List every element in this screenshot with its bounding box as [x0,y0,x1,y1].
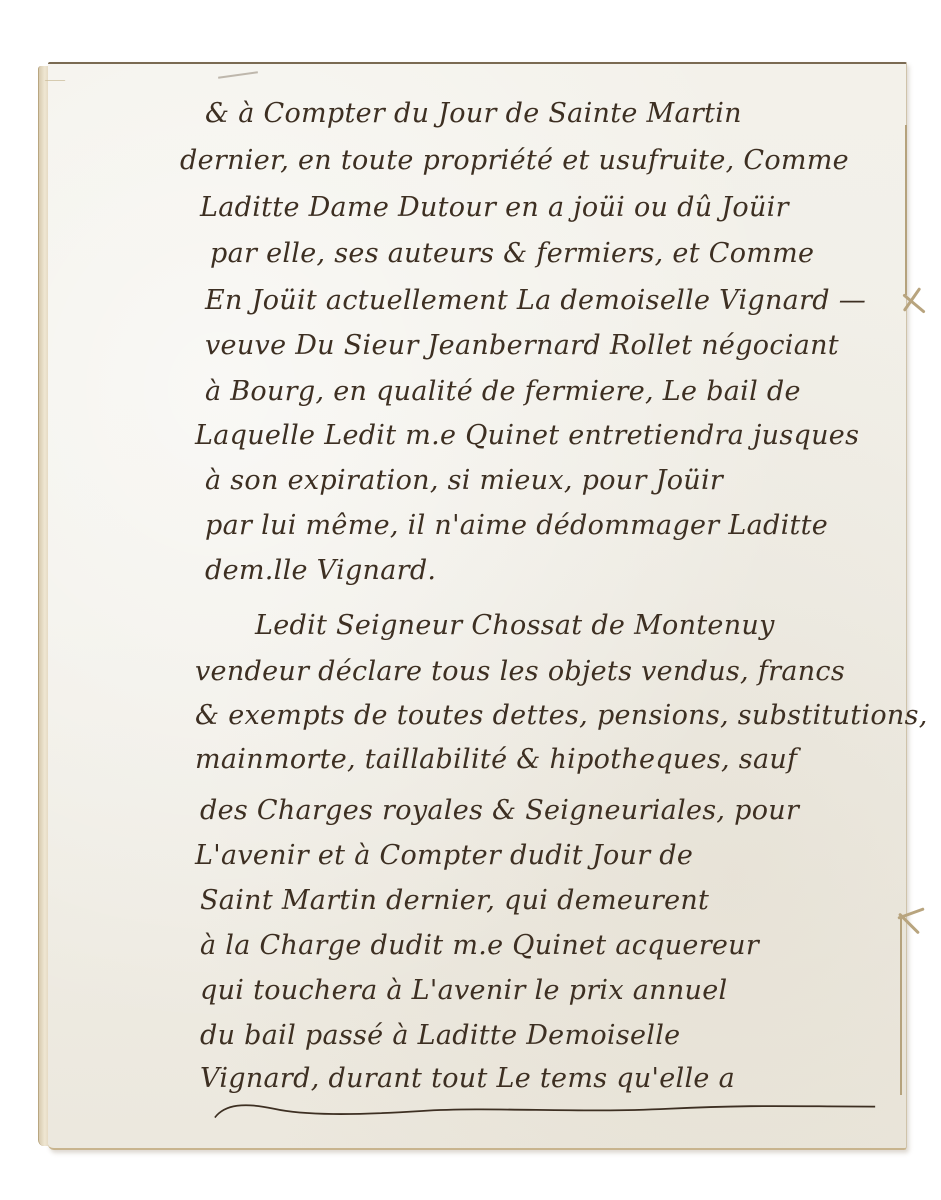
text-line-3: Laditte Dame Dutour en a joüi ou dû Joüi… [200,192,789,223]
text-line-8: Laquelle Ledit m.e Quinet entretiendra j… [195,420,859,451]
corner-fold [45,66,76,81]
text-line-9: à son expiration, si mieux, pour Joüir [205,465,723,496]
text-line-7: à Bourg, en qualité de fermiere, Le bail… [205,376,801,407]
text-line-11: dem.lle Vignard. [205,555,436,586]
text-line-10: par lui même, il n'aime dédommager Ladit… [205,510,828,541]
text-line-22: Vignard, durant tout Le tems qu'elle a [200,1063,735,1094]
text-line-19: à la Charge dudit m.e Quinet acquereur [200,930,759,961]
text-line-15: mainmorte, taillabilité & hipotheques, s… [195,744,797,775]
binding-string-lower [900,915,902,1095]
text-line-12: Ledit Seigneur Chossat de Montenuy [255,610,775,641]
text-line-20: qui touchera à L'avenir le prix annuel [200,975,727,1006]
text-line-14: & exempts de toutes dettes, pensions, su… [195,700,928,731]
text-line-6: veuve Du Sieur Jeanbernard Rollet négoci… [205,330,839,361]
text-line-16: des Charges royales & Seigneuriales, pou… [200,795,799,826]
text-line-2: dernier, en toute propriété et usufruite… [180,145,849,176]
text-line-13: vendeur déclare tous les objets vendus, … [195,656,845,687]
text-line-5: En Joüit actuellement La demoiselle Vign… [205,285,866,316]
binding-string-upper [905,125,907,295]
text-line-1: & à Compter du Jour de Sainte Martin [205,98,742,129]
closing-flourish-line [205,1100,885,1122]
text-line-18: Saint Martin dernier, qui demeurent [200,885,709,916]
text-line-21: du bail passé à Laditte Demoiselle [200,1020,680,1051]
text-line-4: par elle, ses auteurs & fermiers, et Com… [210,238,814,269]
text-line-17: L'avenir et à Compter dudit Jour de [195,840,693,871]
